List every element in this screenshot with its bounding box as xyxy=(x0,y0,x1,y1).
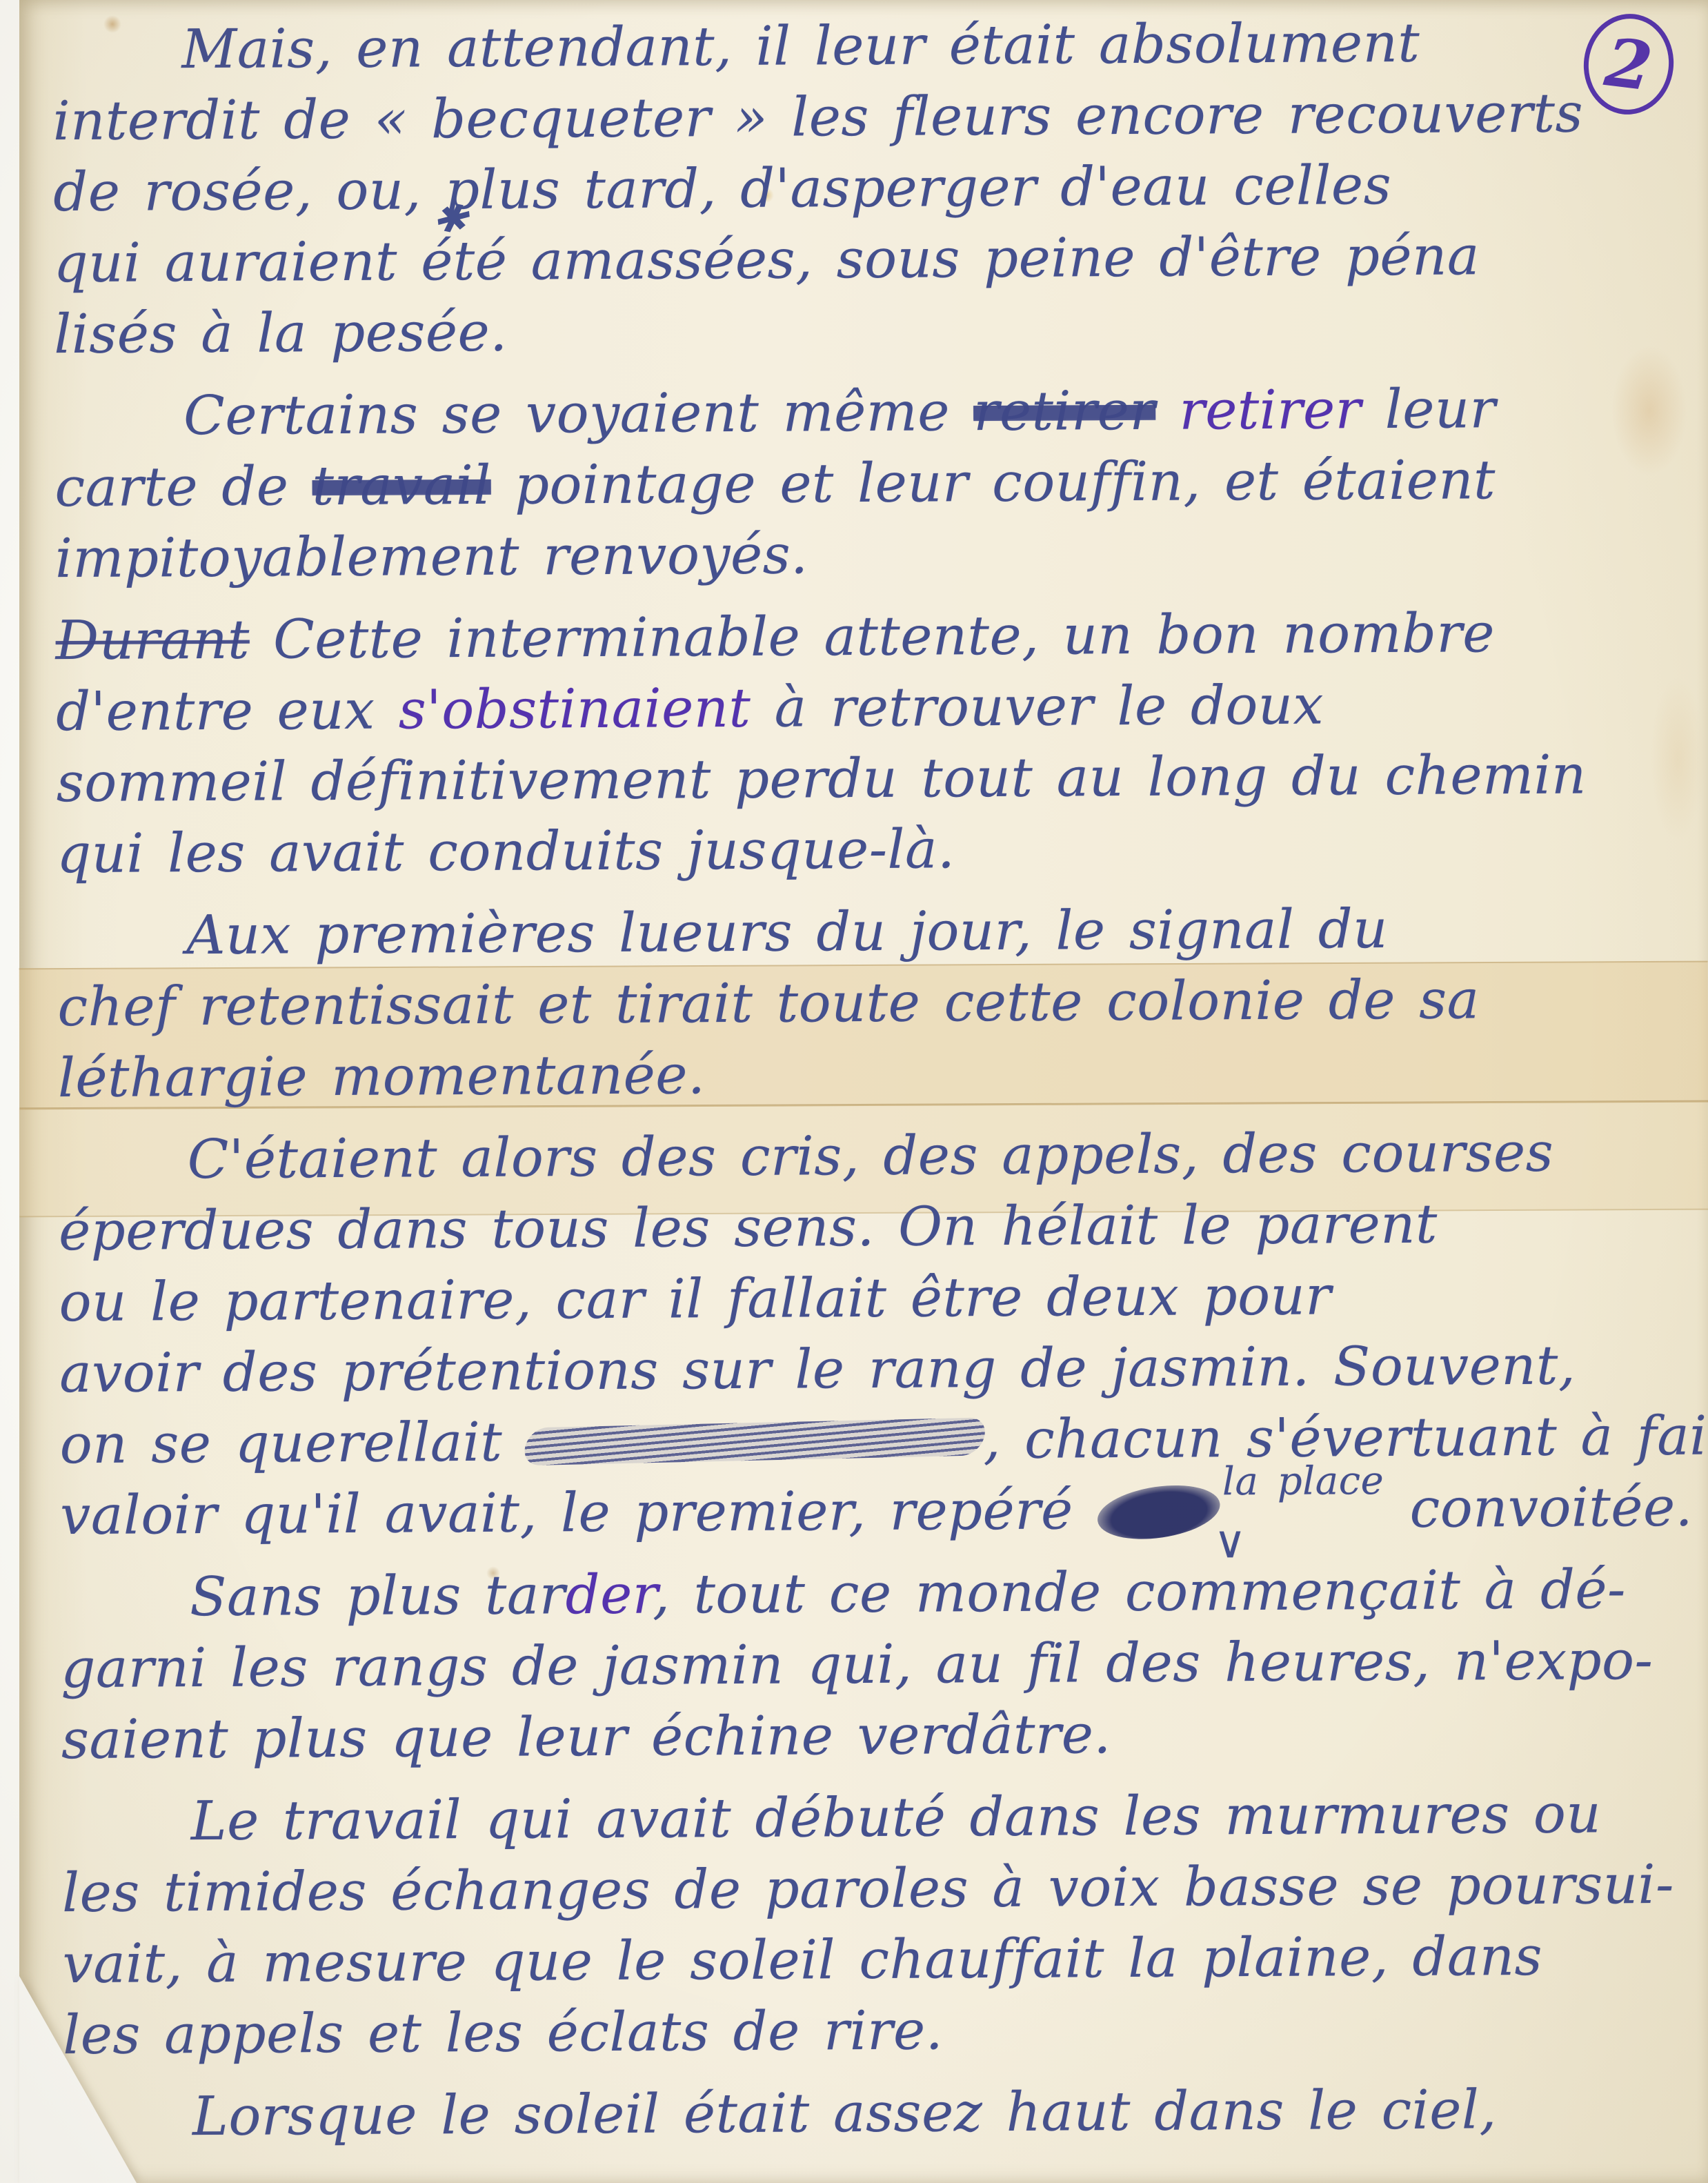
text-segment: interdit de « becqueter » les fleurs enc… xyxy=(52,83,1583,153)
text-segment: Sans plus tar xyxy=(190,1564,566,1628)
handwritten-line: garni les rangs de jasmin qui, au fil de… xyxy=(61,1626,1673,1705)
handwritten-line: on se querellait , chacun s'évertuant à … xyxy=(59,1401,1671,1481)
text-segment: de rosée, ou, plus tard, d'asperger d'ea… xyxy=(53,155,1391,224)
handwritten-line: sommeil définitivement perdu tout au lon… xyxy=(56,740,1668,819)
text-segment: à retrouver le doux xyxy=(751,675,1324,740)
text-segment: lisés à la pesée. xyxy=(54,302,508,366)
handwritten-line: C'étaient alors des cris, des appels, de… xyxy=(58,1117,1670,1196)
paragraph: C'étaient alors des cris, des appels, de… xyxy=(58,1117,1671,1552)
text-segment: valoir qu'il avait, le premier, repéré xyxy=(60,1479,1097,1547)
text-segment: Lorsque le soleil était assez haut dans … xyxy=(192,2079,1497,2148)
text-segment: léthargie momentanée. xyxy=(58,1044,706,1109)
text-segment: carte de xyxy=(54,455,312,519)
text-segment: C'étaient alors des cris, des appels, de… xyxy=(188,1122,1554,1191)
reinked-word: s'obstinaient xyxy=(398,678,751,742)
text-segment: vait, à mesure que le soleil chauffait l… xyxy=(62,1926,1542,1995)
handwritten-line: d'entre eux s'obstinaient à retrouver le… xyxy=(56,669,1668,748)
handwritten-line: léthargie momentanée. xyxy=(58,1035,1670,1114)
text-segment: , tout ce monde commençait à dé- xyxy=(653,1559,1626,1626)
scribbled-word: retirer xyxy=(973,380,1155,443)
text-segment: chef retentissait et tirait toute cette … xyxy=(57,969,1480,1038)
text-segment: Mais, en attendant, il leur était absolu… xyxy=(181,12,1420,81)
text-segment: Cette interminable attente, un bon nombr… xyxy=(250,602,1496,671)
text-segment: leur xyxy=(1361,378,1496,441)
text-segment: convoitée. xyxy=(1386,1476,1693,1540)
text-segment: pointage et leur couffin, et étaient xyxy=(491,449,1496,517)
handwritten-line: carte de travail pointage et leur couffi… xyxy=(54,444,1667,524)
text-segment: ou le partenaire, car il fallait être de… xyxy=(59,1265,1331,1334)
paragraph: Le travail qui avait débuté dans les mur… xyxy=(61,1779,1674,2071)
text-segment: qui les avait conduits jusque-là. xyxy=(57,818,955,885)
handwritten-line: de rosée, ou, plus tard, d'asperger d'ea… xyxy=(53,149,1665,228)
text-segment: impitoyablement renvoyés. xyxy=(55,524,808,590)
paragraph: Durant Cette interminable attente, un bo… xyxy=(55,597,1668,890)
text-segment: saient plus que leur échine verdâtre. xyxy=(61,1703,1111,1771)
handwritten-line: interdit de « becqueter » les fleurs enc… xyxy=(52,78,1665,157)
handwritten-line: ou le partenaire, car il fallait être de… xyxy=(59,1259,1671,1339)
paragraph: Aux premières lueurs du jour, le signal … xyxy=(57,893,1670,1114)
handwritten-line: Certains se voyaient même retirer retire… xyxy=(54,373,1667,453)
text-segment: Certains se voyaient même xyxy=(183,381,974,447)
reinked-word: retirer xyxy=(1179,379,1361,442)
paragraph: Certains se voyaient même retirer retire… xyxy=(54,373,1667,595)
handwritten-line: impitoyablement renvoyés. xyxy=(55,515,1667,595)
text-segment: les timides échanges de paroles à voix b… xyxy=(62,1854,1674,1924)
scribbled-word: travail xyxy=(312,455,491,517)
handwritten-line: Aux premières lueurs du jour, le signal … xyxy=(57,893,1669,972)
text-segment: éperdues dans tous les sens. On hélait l… xyxy=(59,1194,1438,1263)
text-segment: qui auraient été amassées, sous peine d'… xyxy=(54,225,1480,295)
handwritten-line: qui auraient été amassées, sous peine d'… xyxy=(54,220,1666,299)
handwritten-line: Le travail qui avait débuté dans les mur… xyxy=(61,1779,1674,1858)
handwritten-line: chef retentissait et tirait toute cette … xyxy=(57,964,1669,1043)
text-segment: garni les rangs de jasmin qui, au fil de… xyxy=(61,1630,1653,1700)
handwritten-line: Durant Cette interminable attente, un bo… xyxy=(55,597,1667,677)
paragraph: Sans plus tarder, tout ce monde commença… xyxy=(61,1554,1674,1776)
text-segment: on se querellait xyxy=(60,1412,526,1476)
manuscript-lines: Mais, en attendant, il leur était absolu… xyxy=(52,7,1675,2153)
text-segment: avoir des prétentions sur le rang de jas… xyxy=(59,1335,1576,1405)
text-segment: Le travail qui avait débuté dans les mur… xyxy=(191,1783,1602,1853)
handwritten-line: vait, à mesure que le soleil chauffait l… xyxy=(62,1921,1674,2000)
handwritten-line: saient plus que leur échine verdâtre. xyxy=(61,1697,1674,1776)
ink-blob xyxy=(1094,1478,1224,1546)
ink-scribble-blot xyxy=(521,1417,989,1465)
paragraph: Mais, en attendant, il leur était absolu… xyxy=(52,7,1666,371)
handwritten-line: lisés à la pesée. xyxy=(54,291,1666,371)
handwritten-line: valoir qu'il avait, le premier, repéré l… xyxy=(60,1472,1672,1552)
handwritten-line: avoir des prétentions sur le rang de jas… xyxy=(59,1330,1671,1410)
text-segment: Aux premières lueurs du jour, le signal … xyxy=(186,898,1388,967)
reinked-word: der xyxy=(565,1564,653,1627)
text-segment: sommeil définitivement perdu tout au lon… xyxy=(56,744,1586,815)
paragraph: Lorsque le soleil était assez haut dans … xyxy=(63,2074,1676,2153)
handwritten-line: qui les avait conduits jusque-là. xyxy=(57,811,1669,890)
handwritten-line: les appels et les éclats de rire. xyxy=(63,1992,1675,2071)
inserted-word: la place xyxy=(1222,1462,1384,1501)
handwritten-line: éperdues dans tous les sens. On hélait l… xyxy=(59,1188,1671,1267)
text-segment: d'entre eux xyxy=(56,680,399,744)
handwritten-line: Lorsque le soleil était assez haut dans … xyxy=(63,2074,1676,2153)
text-segment: les appels et les éclats de rire. xyxy=(63,1999,943,2066)
text-segment xyxy=(1155,380,1180,442)
handwritten-line: Mais, en attendant, il leur était absolu… xyxy=(52,7,1665,86)
handwritten-line: les timides échanges de paroles à voix b… xyxy=(62,1850,1674,1929)
torn-paper-corner xyxy=(19,1976,137,2183)
struck-word: Durant xyxy=(55,609,250,672)
handwritten-line: Sans plus tarder, tout ce monde commença… xyxy=(61,1554,1673,1634)
